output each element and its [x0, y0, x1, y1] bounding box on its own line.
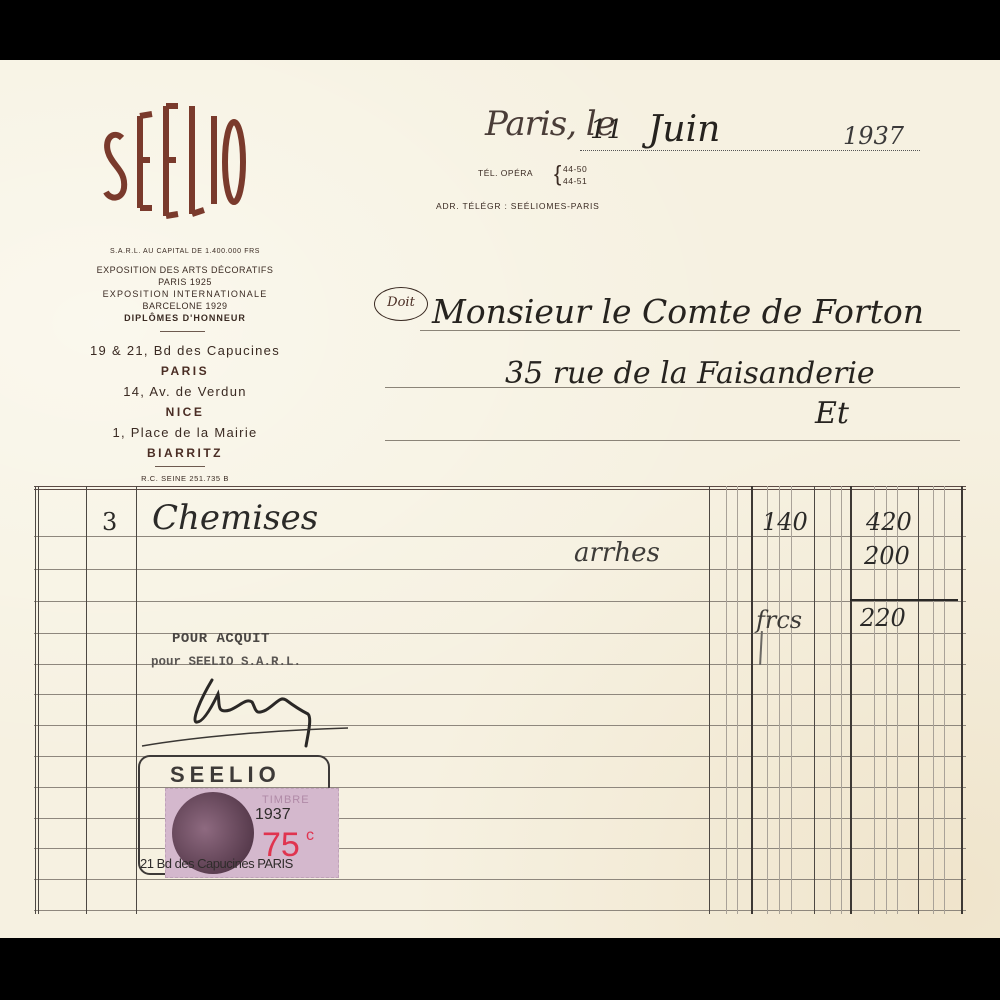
col-divider	[86, 486, 87, 914]
row-2-description: arrhes	[574, 538, 660, 568]
seelio-logo-icon	[96, 100, 248, 220]
stamp-address: 21 Bd des Capucines PARIS	[140, 856, 293, 871]
location-paris-address: 19 & 21, Bd des Capucines	[40, 343, 330, 358]
telephone-number-1: 44-50	[563, 164, 587, 174]
stamp-date: 1937	[255, 806, 291, 824]
exposition-1-place: PARIS 1925	[40, 277, 330, 288]
fiscal-stamp-unit: c	[306, 827, 314, 845]
ledger-top-rule	[34, 486, 966, 487]
col-border-right	[961, 486, 963, 914]
address-line-2	[385, 387, 960, 388]
col-border-left	[35, 486, 36, 914]
row-1-total: 420	[866, 508, 912, 536]
location-nice-city: NICE	[40, 405, 330, 419]
col-divider	[850, 486, 852, 914]
row-line	[34, 910, 966, 911]
col-border-left-2	[38, 486, 39, 914]
col-subline	[737, 486, 738, 914]
row-line	[34, 569, 966, 570]
telegraph-address: ADR. TÉLÉGR : SEÉLIOMES-PARIS	[436, 201, 600, 211]
brace-icon: {	[554, 161, 561, 187]
acquit-stamp-line-2: pour SEELIO S.A.R.L.	[151, 655, 301, 669]
balance-amount: 220	[860, 604, 906, 632]
balance-label: frcs	[756, 606, 802, 634]
row-line	[34, 601, 966, 602]
col-divider	[918, 486, 919, 914]
seelio-logo	[96, 100, 248, 220]
row-2-deposit: 200	[864, 542, 910, 570]
letterhead-divider-2	[155, 466, 205, 467]
location-nice-address: 14, Av. de Verdun	[40, 384, 330, 399]
row-1-quantity: 3	[102, 508, 117, 536]
col-subline	[767, 486, 768, 914]
signature-underline-icon	[140, 724, 350, 748]
company-capital: S.A.R.L. AU CAPITAL DE 1.400.000 FRS	[40, 248, 330, 255]
acquit-stamp-line-1: POUR ACQUIT	[172, 631, 270, 647]
col-divider	[751, 486, 753, 914]
exposition-2: EXPOSITION INTERNATIONALE	[40, 289, 330, 300]
address-line-3	[385, 440, 960, 441]
col-subline	[933, 486, 934, 914]
telephone-label: TÉL. OPÉRA	[478, 168, 533, 178]
row-line	[34, 694, 966, 695]
exposition-1: EXPOSITION DES ARTS DÉCORATIFS	[40, 265, 330, 276]
date-day: 11	[590, 115, 623, 145]
frcs-stroke	[759, 631, 763, 665]
row-1-unit-price: 140	[762, 508, 808, 536]
registry-number: R.C. SEINE 251.735 B	[40, 474, 330, 483]
company-stamp-name: SEELIO	[170, 762, 281, 788]
awards: DIPLÔMES D'HONNEUR	[40, 313, 330, 324]
col-subline	[791, 486, 792, 914]
col-subline	[726, 486, 727, 914]
col-subline	[944, 486, 945, 914]
ledger-top-rule-2	[34, 489, 966, 490]
telephone-number-2: 44-51	[563, 176, 587, 186]
col-divider	[709, 486, 710, 914]
recipient-city: Et	[815, 396, 849, 431]
letterhead-divider	[160, 331, 205, 332]
exposition-2-place: BARCELONE 1929	[40, 301, 330, 312]
date-month: Juin	[648, 109, 720, 150]
row-1-description: Chemises	[152, 498, 318, 538]
date-dotted-line	[580, 150, 920, 151]
recipient-name: Monsieur le Comte de Forton	[432, 292, 924, 331]
location-biarritz-address: 1, Place de la Mairie	[40, 425, 330, 440]
col-divider	[814, 486, 815, 914]
col-divider	[136, 486, 137, 914]
row-line	[34, 879, 966, 880]
doit-label: Doit	[374, 287, 428, 321]
col-subline	[779, 486, 780, 914]
location-biarritz-city: BIARRITZ	[40, 446, 330, 460]
recipient-street: 35 rue de la Faisanderie	[505, 356, 875, 391]
col-subline	[830, 486, 831, 914]
location-paris-city: PARIS	[40, 364, 330, 378]
address-line-1	[420, 330, 960, 331]
subtotal-rule	[850, 599, 958, 601]
date-year: 1937	[843, 122, 904, 150]
col-subline	[841, 486, 842, 914]
fiscal-stamp-label: TIMBRE	[262, 794, 310, 806]
